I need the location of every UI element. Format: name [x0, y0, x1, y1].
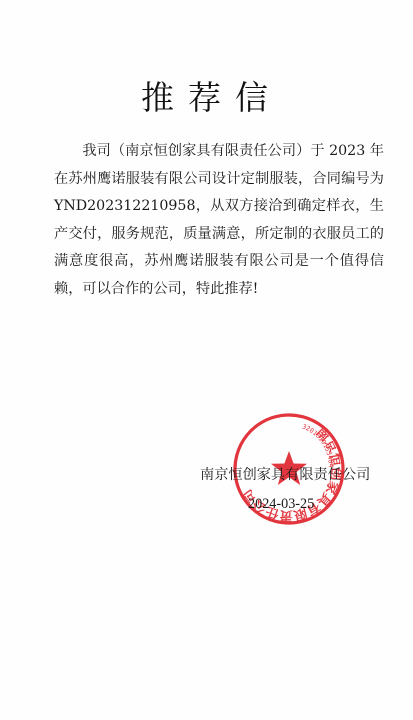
letter-page: 推荐信 我司（南京恒创家具有限责任公司）于 2023 年在苏州鹰诺服装有限公司设…	[0, 0, 413, 720]
letter-body: 我司（南京恒创家具有限责任公司）于 2023 年在苏州鹰诺服装有限公司设计定制服…	[54, 138, 384, 304]
signature-company: 南京恒创家具有限责任公司	[200, 464, 370, 484]
letter-title: 推荐信	[0, 72, 413, 119]
signature-date: 2024-03-25	[248, 496, 314, 513]
